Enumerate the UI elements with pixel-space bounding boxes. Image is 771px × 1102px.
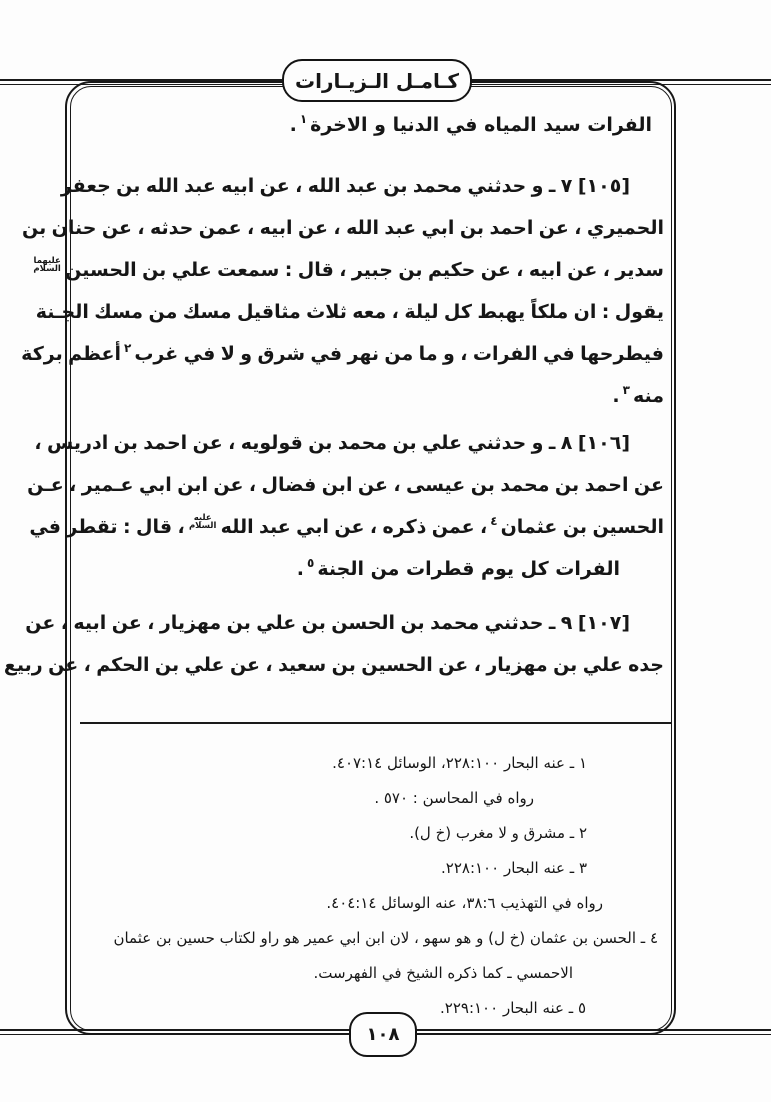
footnote-ref: ٢ [124, 341, 131, 355]
text-segment: جده علي بن مهزيار ، عن الحسين بن سعيد ، … [4, 654, 664, 676]
text-segment: منه [633, 385, 664, 407]
line-text: [١٠٧] ٩ ـ حدثني محمد بن الحسن بن علي بن … [25, 612, 630, 634]
text-segment: عن احمد بن محمد بن عيسى ، عن ابن فضال ، … [27, 474, 664, 496]
footnote-ref: ١ [300, 112, 307, 126]
text-segment: . [297, 558, 304, 580]
text-segment: ، عمن ذكره ، عن ابي عبد الله [221, 516, 488, 538]
footnote-line: رواه في المحاسن : ٥٧٠ . [78, 781, 534, 816]
text-segment: [١٠٧] ٩ ـ حدثني محمد بن الحسن بن علي بن … [25, 612, 630, 634]
text-segment: . [290, 114, 297, 136]
book-title-pill: كـامـل الـزيـارات [282, 59, 472, 102]
text-segment: الحسين بن عثمان [501, 516, 664, 538]
text-segment: الحميري ، عن احمد بن ابي عبد الله ، عن ا… [22, 217, 664, 239]
footnote-line: رواه في التهذيب ٣٨:٦، عنه الوسائل ٤٠٤:١٤… [78, 886, 603, 921]
body-line: الحميري ، عن احمد بن ابي عبد الله ، عن ا… [78, 207, 664, 249]
line-text: الفرات كل يوم قطرات من الجنة٥. [297, 558, 620, 580]
text-segment: فيطرحها في الفرات ، و ما من نهر في شرق و… [134, 343, 664, 365]
text-segment: أعظم بركة [21, 343, 121, 365]
body-line: الفرات كل يوم قطرات من الجنة٥. [78, 548, 620, 590]
footnote-line: ٢ ـ مشرق و لا مغرب (خ ل). [78, 816, 587, 851]
page-number: ١٠٨ [367, 1024, 400, 1045]
footnote-ref: ٤ [490, 514, 497, 528]
line-text: الحسين بن عثمان٤، عمن ذكره ، عن ابي عبد … [29, 516, 664, 538]
text-segment: [١٠٦] ٨ ـ و حدثني علي بن محمد بن قولويه … [34, 432, 630, 454]
line-text: يقول : ان ملكاً يهبط كل ليلة ، معه ثلاث … [36, 301, 664, 323]
footnote-ref: ٥ [307, 556, 314, 570]
text-segment: سدير ، عن ابيه ، عن حكيم بن جبير ، قال :… [65, 259, 664, 281]
line-text: جده علي بن مهزيار ، عن الحسين بن سعيد ، … [4, 654, 664, 676]
body-line: سدير ، عن ابيه ، عن حكيم بن جبير ، قال :… [78, 249, 664, 291]
body-line: [١٠٦] ٨ ـ و حدثني علي بن محمد بن قولويه … [78, 422, 630, 464]
footnotes: ١ ـ عنه البحار ٢٢٨:١٠٠، الوسائل ٤٠٧:١٤.ر… [78, 746, 664, 1026]
footnote-line: ١ ـ عنه البحار ٢٢٨:١٠٠، الوسائل ٤٠٧:١٤. [78, 746, 587, 781]
footnote-divider [80, 722, 672, 724]
body-line: الفرات سيد المياه في الدنيا و الاخرة١. [78, 104, 652, 146]
footnote-line: ٤ ـ الحسن بن عثمان (خ ل) و هو سهو ، لان … [78, 921, 658, 956]
text-segment: يقول : ان ملكاً يهبط كل ليلة ، معه ثلاث … [36, 301, 664, 323]
line-text: فيطرحها في الفرات ، و ما من نهر في شرق و… [21, 343, 664, 365]
line-text: عن احمد بن محمد بن عيسى ، عن ابن فضال ، … [27, 474, 664, 496]
body-line: [١٠٥] ٧ ـ و حدثني محمد بن عبد الله ، عن … [78, 165, 630, 207]
footnote-line: ٥ ـ عنه البحار ٢٢٩:١٠٠. [78, 991, 586, 1026]
line-text: [١٠٥] ٧ ـ و حدثني محمد بن عبد الله ، عن … [61, 175, 630, 197]
page-content: الفرات سيد المياه في الدنيا و الاخرة١.[١… [78, 104, 664, 1026]
text-segment: . [612, 385, 619, 407]
book-page: كـامـل الـزيـارات ١٠٨ الفرات سيد المياه … [0, 0, 771, 1102]
footnote-ref: ٣ [623, 383, 630, 397]
honorific-mark: عليه السلام [188, 515, 218, 530]
footnote-line: ٣ ـ عنه البحار ٢٢٨:١٠٠. [78, 851, 587, 886]
body-line: عن احمد بن محمد بن عيسى ، عن ابن فضال ، … [78, 464, 664, 506]
book-title: كـامـل الـزيـارات [295, 69, 459, 93]
body-line: فيطرحها في الفرات ، و ما من نهر في شرق و… [78, 333, 664, 375]
text-segment: [١٠٥] ٧ ـ و حدثني محمد بن عبد الله ، عن … [61, 175, 630, 197]
text-segment: الفرات كل يوم قطرات من الجنة [317, 558, 620, 580]
body-text: الفرات سيد المياه في الدنيا و الاخرة١.[١… [78, 104, 664, 686]
text-segment: الفرات سيد المياه في الدنيا و الاخرة [310, 114, 652, 136]
body-line: [١٠٧] ٩ ـ حدثني محمد بن الحسن بن علي بن … [78, 602, 630, 644]
line-text: الفرات سيد المياه في الدنيا و الاخرة١. [290, 114, 652, 136]
line-text: [١٠٦] ٨ ـ و حدثني علي بن محمد بن قولويه … [34, 432, 630, 454]
line-text: منه٣. [612, 385, 664, 407]
text-segment: ، قال : تقطر في [29, 516, 184, 538]
body-line: يقول : ان ملكاً يهبط كل ليلة ، معه ثلاث … [78, 291, 664, 333]
body-line: جده علي بن مهزيار ، عن الحسين بن سعيد ، … [78, 644, 664, 686]
body-line: الحسين بن عثمان٤، عمن ذكره ، عن ابي عبد … [78, 506, 664, 548]
body-line: منه٣. [78, 375, 664, 417]
line-text: سدير ، عن ابيه ، عن حكيم بن جبير ، قال :… [29, 259, 664, 281]
honorific-mark: عليهما السلام [32, 258, 62, 273]
footnote-line: الاحمسي ـ كما ذكره الشيخ في الفهرست. [78, 956, 573, 991]
page-number-pill: ١٠٨ [349, 1012, 417, 1057]
line-text: الحميري ، عن احمد بن ابي عبد الله ، عن ا… [22, 217, 664, 239]
